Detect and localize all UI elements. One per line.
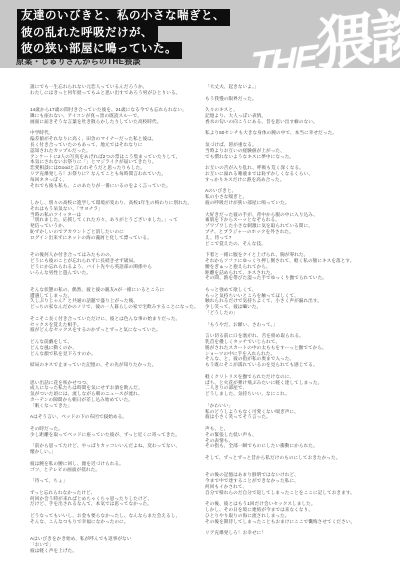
headline-banner: 友達のいびきと、私の小さな喘ぎと、彼の乱れた呼吸だけが、彼の狭い部屋に鳴っていた… [17,9,230,59]
watermark-title-text: 猥談 [316,0,400,68]
body-left-column: 誰にでも一生忘れられない元恋人っているんだろうか。わたしにはきっと何年経ってもふ… [30,84,202,554]
credit-line: 原案・じゅりさんからのTHE猥談 [16,56,141,67]
body-right-column: 「大丈夫、起きないよ。」 もう我慢の限界だった。 久々のキスと、記憶より、大人っ… [205,84,385,554]
series-title-watermark: THE猥談 [250,3,400,68]
watermark-the-text: THE [250,36,316,68]
document-page: THE猥談 友達のいびきと、私の小さな喘ぎと、彼の乱れた呼吸だけが、彼の狭い部屋… [0,0,400,566]
